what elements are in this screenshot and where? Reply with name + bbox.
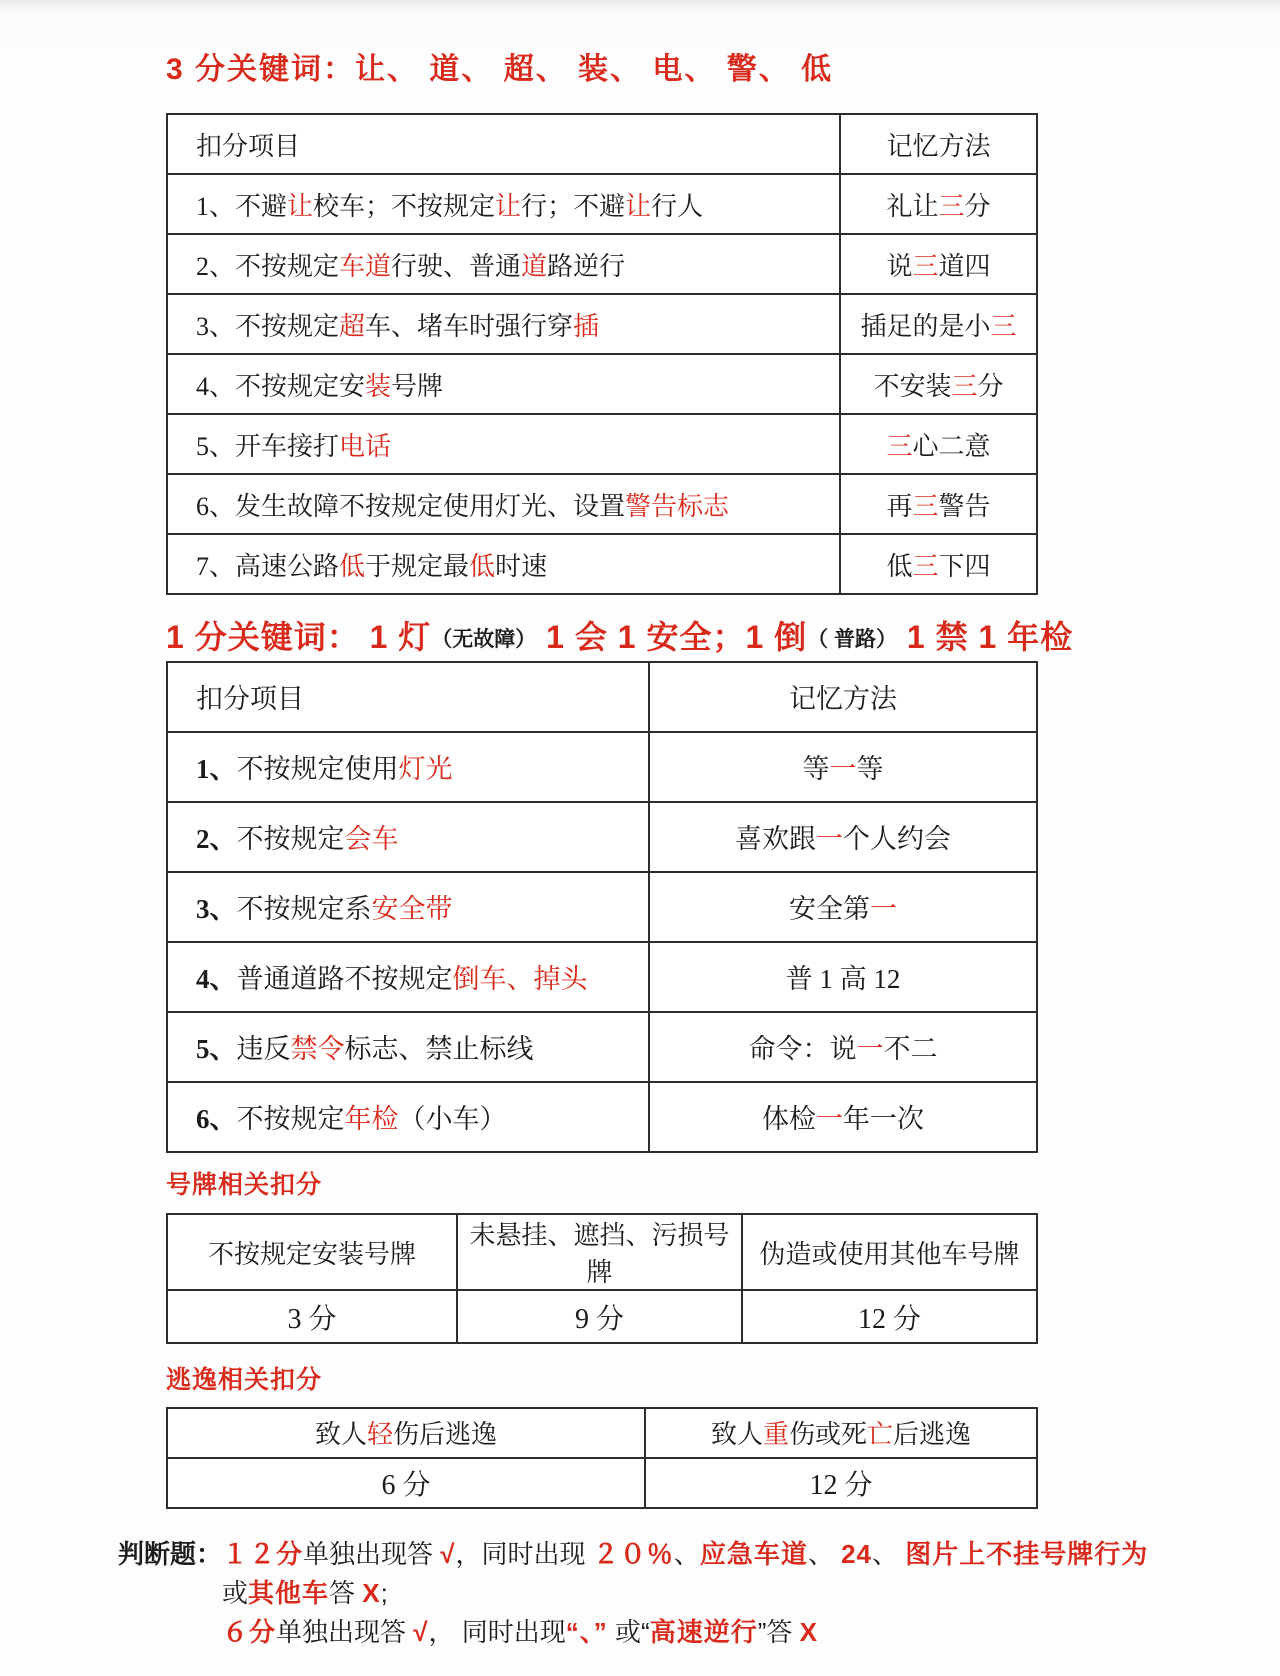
text-segment: 灯光	[399, 754, 453, 784]
judgment-label: 判断题：	[118, 1535, 222, 1652]
text-segment: 时速	[495, 552, 547, 581]
text-segment: 禁令	[291, 1034, 345, 1064]
text-segment: 电话	[339, 432, 391, 461]
heading-escape-deductions: 逃逸相关扣分	[166, 1364, 1100, 1397]
table-row: 3、不按规定超车、堵车时强行穿插插足的是小三	[167, 294, 1037, 354]
memory-method-cell: 安全第一	[649, 872, 1037, 942]
table-row: 5、开车接打电话三心二意	[167, 414, 1037, 474]
text-segment: 三	[912, 252, 938, 281]
column-header-deduction-item: 扣分项目	[167, 114, 840, 174]
text-segment: 等	[857, 754, 884, 784]
table-row: 1、不避让校车；不按规定让行；不避让行人礼让三分	[167, 174, 1037, 234]
text-segment: 重	[763, 1420, 789, 1449]
text-segment: ６分	[222, 1617, 276, 1647]
text-segment: 7、高速公路	[196, 552, 339, 581]
text-segment: 一	[857, 1034, 884, 1064]
text-segment: 4、	[196, 964, 237, 994]
table-row: 7、高速公路低于规定最低时速低三下四	[167, 534, 1037, 594]
text-segment: √	[413, 1617, 428, 1647]
heading-one-point-keywords: 1 分关键词： 1 灯（无故障） 1 会 1 安全；1 倒（ 普路） 1 禁 1…	[166, 617, 1100, 659]
memory-method-cell: 等一等	[649, 732, 1037, 802]
text-segment: 后逃逸	[893, 1420, 971, 1449]
memory-method-cell: 再三警告	[840, 474, 1037, 534]
judgment-question-notes: 判断题： １２分单独出现答 √，同时出现 ２０％、应急车道、 24、 图片上不挂…	[118, 1535, 1268, 1652]
text-segment: 、	[674, 1539, 700, 1569]
memory-method-cell: 命令：说一不二	[649, 1012, 1037, 1082]
plate-header-cover: 未悬挂、遮挡、污损号牌	[457, 1214, 742, 1290]
deduction-item-cell: 6、不按规定年检（小车）	[167, 1082, 649, 1152]
text-segment: 1、不避	[196, 192, 287, 221]
plate-points-fake: 12 分	[742, 1290, 1037, 1343]
text-segment: 6、发生故障不按规定使用灯光、设置	[196, 492, 625, 521]
text-segment: 6、	[196, 1104, 237, 1134]
text-segment: 行人	[651, 192, 703, 221]
text-segment: 个人约会	[843, 824, 951, 854]
table-row: 3、不按规定系安全带安全第一	[167, 872, 1037, 942]
text-segment: 2、不按规定	[196, 252, 339, 281]
memory-method-cell: 低三下四	[840, 534, 1037, 594]
text-segment: 三	[912, 492, 938, 521]
escape-header-severe-injury: 致人重伤或死亡后逃逸	[645, 1408, 1037, 1458]
deduction-item-cell: 4、不按规定安装号牌	[167, 354, 840, 414]
text-segment: 礼让	[886, 192, 938, 221]
text-segment: 、	[872, 1539, 905, 1569]
deduction-item-cell: 2、不按规定车道行驶、普通道路逆行	[167, 234, 840, 294]
plate-points-install: 3 分	[167, 1290, 457, 1343]
text-segment: 三	[938, 192, 964, 221]
column-header-memory-method: 记忆方法	[649, 662, 1037, 732]
plate-points-cover: 9 分	[457, 1290, 742, 1343]
text-segment: 一	[816, 824, 843, 854]
table-value-row: 3 分 9 分 12 分	[167, 1290, 1037, 1343]
deduction-item-cell: 6、发生故障不按规定使用灯光、设置警告标志	[167, 474, 840, 534]
escape-points-severe: 12 分	[645, 1458, 1037, 1508]
text-segment: 三	[991, 312, 1017, 341]
text-segment: 不按规定使用	[237, 754, 399, 784]
escape-header-minor-injury: 致人轻伤后逃逸	[167, 1408, 645, 1458]
text-segment: 插足的是小	[860, 312, 990, 341]
table-row: 6、不按规定年检（小车）体检一年一次	[167, 1082, 1037, 1152]
deduction-item-cell: 2、不按规定会车	[167, 802, 649, 872]
text-segment: 其他车	[248, 1578, 329, 1608]
text-segment: 一	[830, 754, 857, 784]
text-segment: 行；不避	[521, 192, 625, 221]
text-segment: 致人	[711, 1420, 763, 1449]
text-segment: 普通道路不按规定	[237, 964, 453, 994]
text-segment: 年检	[345, 1104, 399, 1134]
text-segment: 1、	[196, 754, 237, 784]
text-segment: 伤后逃逸	[393, 1420, 497, 1449]
text-segment: 喜欢跟	[735, 824, 816, 854]
text-segment: （ 普路）	[807, 628, 897, 651]
memory-method-cell: 体检一年一次	[649, 1082, 1037, 1152]
plate-header-install: 不按规定安装号牌	[167, 1214, 457, 1290]
text-segment: 低	[469, 552, 495, 581]
text-segment: 应急车道	[700, 1539, 808, 1569]
text-segment: 低	[886, 552, 912, 581]
text-segment: ２０％	[593, 1539, 674, 1569]
text-segment: 图片上不挂号牌行为	[905, 1539, 1148, 1569]
text-segment: 或“	[608, 1617, 650, 1647]
table-row: 2、不按规定车道行驶、普通道路逆行说三道四	[167, 234, 1037, 294]
text-segment: ;	[381, 1578, 388, 1608]
text-segment: 让	[495, 192, 521, 221]
text-segment: 单独出现答	[303, 1539, 440, 1569]
deduction-item-cell: 4、普通道路不按规定倒车、掉头	[167, 942, 649, 1012]
text-segment: 命令：说	[749, 1034, 857, 1064]
table-header-row: 扣分项目 记忆方法	[167, 662, 1037, 732]
text-segment: 于规定最	[365, 552, 469, 581]
text-segment: 分	[965, 192, 991, 221]
text-segment: 路逆行	[547, 252, 625, 281]
text-segment: （小车）	[399, 1104, 507, 1134]
table-row: 5、违反禁令标志、禁止标线命令：说一不二	[167, 1012, 1037, 1082]
text-segment: 致人	[315, 1420, 367, 1449]
deduction-item-cell: 5、开车接打电话	[167, 414, 840, 474]
text-segment: 不安装	[873, 372, 951, 401]
text-segment: 装	[365, 372, 391, 401]
text-segment: （无故障）	[431, 628, 536, 651]
text-segment: 心二意	[913, 432, 991, 461]
text-segment: 再	[886, 492, 912, 521]
text-segment: 插	[573, 312, 599, 341]
text-segment: 1 禁 1 年检	[897, 619, 1073, 655]
text-segment: 一	[816, 1104, 843, 1134]
text-segment: ”答	[758, 1617, 800, 1647]
text-segment: 轻	[367, 1420, 393, 1449]
text-segment: 下四	[939, 552, 991, 581]
text-segment: 3 分关键词：让、 道、 超、 装、 电、 警、 低	[166, 53, 833, 86]
text-segment: 不按规定	[237, 1104, 345, 1134]
text-segment: ， 同时出现	[429, 1617, 566, 1647]
memory-method-cell: 说三道四	[840, 234, 1037, 294]
text-segment: √	[440, 1539, 455, 1569]
text-segment: 5、开车接打	[196, 432, 339, 461]
text-segment: 道四	[939, 252, 991, 281]
deduction-item-cell: 3、不按规定系安全带	[167, 872, 649, 942]
text-segment: 安全第	[789, 894, 870, 924]
text-segment: 4、不按规定安	[196, 372, 365, 401]
memory-method-cell: 普 1 高 12	[649, 942, 1037, 1012]
text-segment: 体检	[762, 1104, 816, 1134]
one-point-table: 扣分项目 记忆方法 1、不按规定使用灯光等一等2、不按规定会车喜欢跟一个人约会3…	[166, 661, 1038, 1153]
text-segment: １２分	[222, 1539, 303, 1569]
text-segment: X	[800, 1617, 818, 1647]
escape-points-minor: 6 分	[167, 1458, 645, 1508]
text-segment: 号牌	[391, 372, 443, 401]
text-segment: 等	[803, 754, 830, 784]
text-segment: 一	[870, 894, 897, 924]
table-row: 4、不按规定安装号牌不安装三分	[167, 354, 1037, 414]
table-header-row: 扣分项目 记忆方法	[167, 114, 1037, 174]
text-segment: 或	[222, 1578, 248, 1608]
text-segment: 违反	[237, 1034, 291, 1064]
text-segment: 行驶、普通	[391, 252, 521, 281]
judgment-line-3: ６分单独出现答 √， 同时出现“、” 或“高速逆行”答 X	[222, 1613, 1268, 1652]
text-segment: X	[362, 1578, 380, 1608]
text-segment: 三	[912, 552, 938, 581]
table-value-row: 6 分 12 分	[167, 1458, 1037, 1508]
text-segment: 低	[339, 552, 365, 581]
text-segment: 超	[339, 312, 365, 341]
heading-three-point-keywords: 3 分关键词：让、 道、 超、 装、 电、 警、 低	[166, 50, 1100, 89]
page-content: 3 分关键词：让、 道、 超、 装、 电、 警、 低 扣分项目 记忆方法 1、不…	[0, 0, 1100, 1652]
text-segment: ，同时出现	[456, 1539, 593, 1569]
text-segment: 让	[287, 192, 313, 221]
study-sheet-page: 3 分关键词：让、 道、 超、 装、 电、 警、 低 扣分项目 记忆方法 1、不…	[0, 0, 1280, 1676]
text-segment: 校车；不按规定	[313, 192, 495, 221]
table-row: 2、不按规定会车喜欢跟一个人约会	[167, 802, 1037, 872]
text-segment: 不按规定系	[237, 894, 372, 924]
text-segment: 三	[886, 432, 912, 461]
text-segment: 会车	[345, 824, 399, 854]
text-segment: 单独出现答	[276, 1617, 413, 1647]
text-segment: 警告标志	[625, 492, 729, 521]
table-row: 1、不按规定使用灯光等一等	[167, 732, 1037, 802]
text-segment: 答	[329, 1578, 362, 1608]
memory-method-cell: 不安装三分	[840, 354, 1037, 414]
text-segment: 3、不按规定	[196, 312, 339, 341]
text-segment: 车道	[339, 252, 391, 281]
deduction-item-cell: 3、不按规定超车、堵车时强行穿插	[167, 294, 840, 354]
table-row: 4、普通道路不按规定倒车、掉头普 1 高 12	[167, 942, 1037, 1012]
text-segment: 车、堵车时强行穿	[365, 312, 573, 341]
text-segment: 不二	[884, 1034, 938, 1064]
text-segment: 分	[978, 372, 1004, 401]
judgment-line-2: 或其他车答 X;	[222, 1574, 1268, 1613]
text-segment: 伤或死	[789, 1420, 867, 1449]
text-segment: 不按规定	[237, 824, 345, 854]
table-row: 6、发生故障不按规定使用灯光、设置警告标志再三警告	[167, 474, 1037, 534]
memory-method-cell: 三心二意	[840, 414, 1037, 474]
text-segment: 普 1 高 12	[786, 964, 901, 994]
text-segment: 安全带	[372, 894, 453, 924]
column-header-deduction-item: 扣分项目	[167, 662, 649, 732]
judgment-line-1: １２分单独出现答 √，同时出现 ２０％、应急车道、 24、 图片上不挂号牌行为	[222, 1535, 1268, 1574]
escape-deduction-table: 致人轻伤后逃逸 致人重伤或死亡后逃逸 6 分 12 分	[166, 1407, 1038, 1509]
text-segment: 3、	[196, 894, 237, 924]
text-segment: 1 分关键词： 1 灯	[166, 619, 431, 655]
text-segment: 2、	[196, 824, 237, 854]
plate-header-fake: 伪造或使用其他车号牌	[742, 1214, 1037, 1290]
text-segment: 年一次	[843, 1104, 924, 1134]
plate-deduction-table: 不按规定安装号牌 未悬挂、遮挡、污损号牌 伪造或使用其他车号牌 3 分 9 分 …	[166, 1213, 1038, 1344]
deduction-item-cell: 7、高速公路低于规定最低时速	[167, 534, 840, 594]
memory-method-cell: 喜欢跟一个人约会	[649, 802, 1037, 872]
judgment-lines: １２分单独出现答 √，同时出现 ２０％、应急车道、 24、 图片上不挂号牌行为 …	[222, 1535, 1268, 1652]
text-segment: 24	[841, 1539, 872, 1569]
memory-method-cell: 礼让三分	[840, 174, 1037, 234]
text-segment: 亡	[867, 1420, 893, 1449]
text-segment: 三	[951, 372, 977, 401]
table-header-row: 不按规定安装号牌 未悬挂、遮挡、污损号牌 伪造或使用其他车号牌	[167, 1214, 1037, 1290]
heading-plate-deductions: 号牌相关扣分	[166, 1169, 1100, 1202]
text-segment: 、	[808, 1539, 841, 1569]
text-segment: 道	[521, 252, 547, 281]
text-segment: 说	[886, 252, 912, 281]
deduction-item-cell: 1、不避让校车；不按规定让行；不避让行人	[167, 174, 840, 234]
text-segment: 标志、禁止标线	[345, 1034, 534, 1064]
three-point-table: 扣分项目 记忆方法 1、不避让校车；不按规定让行；不避让行人礼让三分2、不按规定…	[166, 113, 1038, 595]
memory-method-cell: 插足的是小三	[840, 294, 1037, 354]
deduction-item-cell: 5、违反禁令标志、禁止标线	[167, 1012, 649, 1082]
table-header-row: 致人轻伤后逃逸 致人重伤或死亡后逃逸	[167, 1408, 1037, 1458]
text-segment: 让	[625, 192, 651, 221]
text-segment: 警告	[939, 492, 991, 521]
text-segment: 倒车、掉头	[453, 964, 588, 994]
text-segment: 5、	[196, 1034, 237, 1064]
column-header-memory-method: 记忆方法	[840, 114, 1037, 174]
text-segment: 高速逆行	[650, 1617, 758, 1647]
text-segment: 1 会 1 安全；1 倒	[536, 619, 807, 655]
text-segment: “、”	[566, 1617, 608, 1647]
deduction-item-cell: 1、不按规定使用灯光	[167, 732, 649, 802]
